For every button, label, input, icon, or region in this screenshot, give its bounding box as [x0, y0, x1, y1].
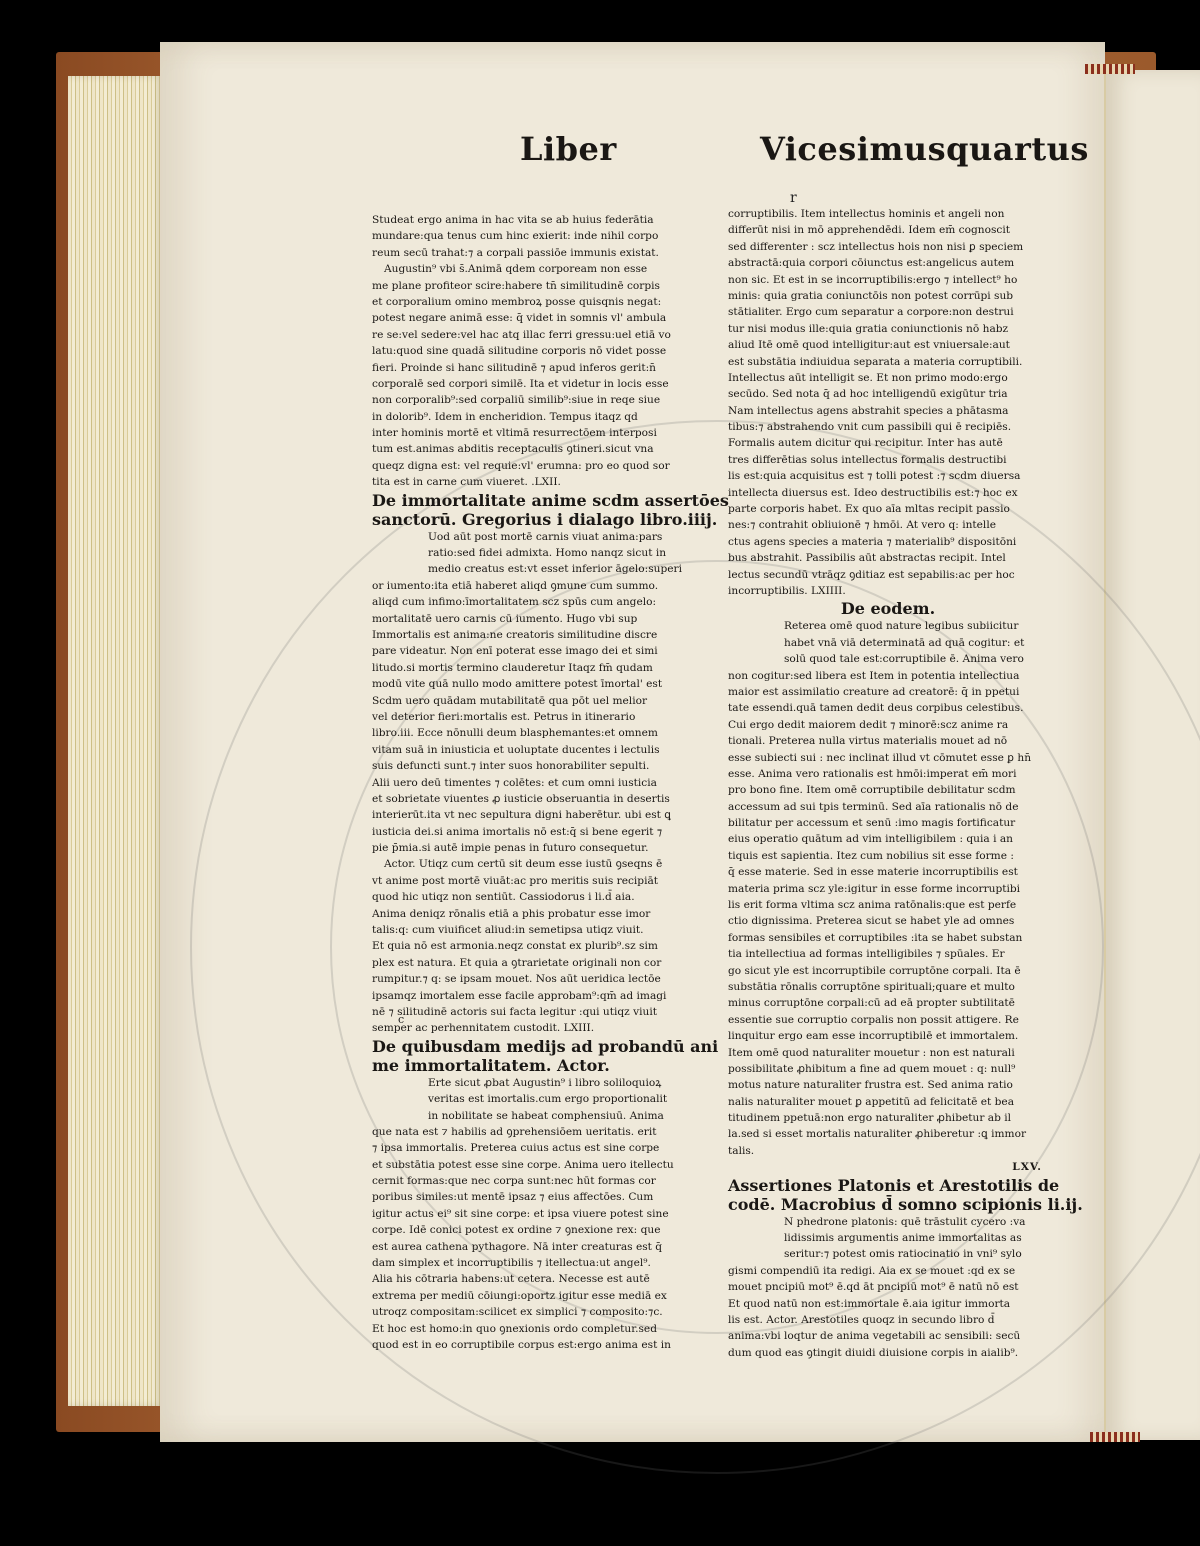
text-line: Immortalis est anima:ne creatoris simili… [372, 627, 692, 643]
text-line: q̄ esse materie. Sed in esse materie inc… [728, 864, 1048, 880]
text-line: lidissimis argumentis anime immortalitas… [728, 1230, 1048, 1246]
text-line: go sicut yle est incorruptibile corruptō… [728, 963, 1048, 979]
page-edges-stack [68, 76, 164, 1406]
text-line: minus corruptōne corpali:cū ad eā propte… [728, 995, 1048, 1011]
chapter-heading: codē. Macrobius d̄ somno scipionis li.ij… [728, 1195, 1048, 1214]
text-line: est substātia indiuidua separata a mater… [728, 354, 1048, 370]
text-column-left: Studeat ergo anima in hac vita se ab hui… [372, 212, 692, 1353]
text-line: veritas est imortalis.cum ergo proportio… [372, 1091, 692, 1107]
text-line: nē ⁊ silitudinē actoris sui facta legitu… [372, 1004, 692, 1020]
text-line: differūt nisi in mō apprehendēdi. Idem e… [728, 222, 1048, 238]
text-line: Formalis autem dicitur qui recipitur. In… [728, 435, 1048, 451]
text-line: et sobrietate viuentes ꝓ iusticie obseru… [372, 791, 692, 807]
text-line: fieri. Proinde si hanc silitudinē ⁊ apud… [372, 360, 692, 376]
text-line: interierūt.ita vt nec sepultura digni ha… [372, 807, 692, 823]
chapter-heading: De eodem. [728, 599, 1048, 618]
text-line: Alia his cōtraria habens:ut cetera. Nece… [372, 1271, 692, 1287]
text-line: parte corporis habet. Ex quo aīa mltas r… [728, 501, 1048, 517]
text-line: formas sensibiles et corruptibiles :ita … [728, 930, 1048, 946]
text-line: Scdm uero quādam mutabilitatē qua pōt ue… [372, 693, 692, 709]
text-line: corruptibilis. Item intellectus hominis … [728, 206, 1048, 222]
text-line: Cui ergo dedit maiorem dedit ⁊ minorē:sc… [728, 717, 1048, 733]
text-line: sed differenter : scz intellectus hois n… [728, 239, 1048, 255]
text-line: tia intellectiua ad formas intelligibile… [728, 946, 1048, 962]
text-line: pro bono fine. Item omē corruptibile deb… [728, 782, 1048, 798]
text-line: iusticia dei.si anima imortalis nō est:q… [372, 824, 692, 840]
text-line: lis erit forma vltima scz anima ratōnali… [728, 897, 1048, 913]
text-line: nes:⁊ contrahit obliuionē ⁊ hmōi. At ver… [728, 517, 1048, 533]
text-line: non cogitur:sed libera est Item in poten… [728, 668, 1048, 684]
text-line: aliud Itē omē quod intelligitur:aut est … [728, 337, 1048, 353]
text-line: materia prima scz yle:igitur in esse for… [728, 881, 1048, 897]
text-line: libro.iii. Ecce nōnulli deum blasphemant… [372, 725, 692, 741]
text-line: esse subiecti sui : nec inclinat illud v… [728, 750, 1048, 766]
text-line: incorruptibilis. LXIIII. [728, 583, 1048, 599]
text-line: vel deterior fieri:mortalis est. Petrus … [372, 709, 692, 725]
text-line: motus nature naturaliter frustra est. Se… [728, 1077, 1048, 1093]
text-line: est aurea cathena pythagore. Nā inter cr… [372, 1239, 692, 1255]
text-line: ratio:sed fidei admixta. Homo nanqz sicu… [372, 545, 692, 561]
text-line: tate essendi.quā tamen dedit deus corpib… [728, 700, 1048, 716]
text-line: ⁊ ipsa immortalis. Preterea cuius actus … [372, 1140, 692, 1156]
text-line: intellecta diuersus est. Ideo destructib… [728, 485, 1048, 501]
text-line: corporalē sed corpori similē. Ita et vid… [372, 376, 692, 392]
text-line: Reterea omē quod nature legibus subiicit… [728, 618, 1048, 634]
text-line: potest negare animā esse: q̄ videt in so… [372, 310, 692, 326]
text-line: la.sed si esset mortalis naturaliter ꝓhi… [728, 1126, 1048, 1142]
text-line: anima:vbi loqtur de anima vegetabili ac … [728, 1328, 1048, 1344]
text-line: stātialiter. Ergo cum separatur a corpor… [728, 304, 1048, 320]
text-line: in nobilitate se habeat comphensiuū. Ani… [372, 1108, 692, 1124]
text-line: reum secū trahat:⁊ a corpali passiōe imm… [372, 245, 692, 261]
text-line: tum est.animas abditis receptaculis ꝯtin… [372, 441, 692, 457]
text-line: Intellectus aūt intelligit se. Et non pr… [728, 370, 1048, 386]
text-line: abstractā:quia corpori cōiunctus est:ang… [728, 255, 1048, 271]
text-line: Erte sicut ꝓbat Augustin⁹ i libro solilo… [372, 1075, 692, 1091]
text-line: in dolorib⁹. Idem in encheridion. Tempus… [372, 409, 692, 425]
text-line: me plane profiteor scire:habere tn̄ simi… [372, 278, 692, 294]
text-line: Uod aūt post mortē carnis viuat anima:pa… [372, 529, 692, 545]
text-line: Studeat ergo anima in hac vita se ab hui… [372, 212, 692, 228]
text-line: litudo.si mortis termino clauderetur Ita… [372, 660, 692, 676]
text-line: rumpitur.⁊ q: se ipsam mouet. Nos aūt ue… [372, 971, 692, 987]
text-line: talis. [728, 1143, 1048, 1159]
text-line: et corporalium omino membroꝝ posse quisq… [372, 294, 692, 310]
text-line: N phedrone platonis: quē trāstulit cycer… [728, 1214, 1048, 1230]
headband-bottom [1090, 1432, 1140, 1442]
text-line: poribus similes:ut mentē ipsaz ⁊ eius af… [372, 1189, 692, 1205]
text-line: Augustin⁹ vbi s̄.Animā qdem corpoream no… [372, 261, 692, 277]
text-line: lectus secundū vtrāqz ꝯditiaz est sepabi… [728, 567, 1048, 583]
text-line: Et quia nō est armonia.neqz constat ex p… [372, 938, 692, 954]
text-line: esse. Anima vero rationalis est hmōi:imp… [728, 766, 1048, 782]
text-line: vt anime post mortē viuāt:ac pro meritis… [372, 873, 692, 889]
text-line: seritur:⁊ potest omis ratiocinatio in vn… [728, 1246, 1048, 1262]
text-line: corpe. Idē conici potest ex ordine ⁊ ꝯne… [372, 1222, 692, 1238]
text-line: eius operatio quātum ad vim intelligibil… [728, 831, 1048, 847]
text-line: ipsamqz imortalem esse facile approbam⁹:… [372, 988, 692, 1004]
text-line: utroqz compositam:scilicet ex simplici ⁊… [372, 1304, 692, 1320]
text-line: mundare:qua tenus cum hinc exierit: inde… [372, 228, 692, 244]
text-column-right: corruptibilis. Item intellectus hominis … [728, 206, 1048, 1361]
text-line: inter hominis mortē et vltimā resurrectō… [372, 425, 692, 441]
text-line: tres differētias solus intellectus forma… [728, 452, 1048, 468]
running-head-left: Liber [520, 130, 617, 168]
text-line: Anima deniqz rōnalis etiā a phis probatu… [372, 906, 692, 922]
text-line: pare videatur. Non enī poterat esse imag… [372, 643, 692, 659]
text-line: latu:quod sine quadā silitudine corporis… [372, 343, 692, 359]
text-line: essentie sue corruptio corpalis non poss… [728, 1012, 1048, 1028]
margin-note: c [398, 1013, 404, 1026]
text-line: igitur actus ei⁹ sit sine corpe: et ipsa… [372, 1206, 692, 1222]
text-line: dam simplex et incorruptibilis ⁊ itellec… [372, 1255, 692, 1271]
text-line: minis: quia gratia coniunctōis non potes… [728, 288, 1048, 304]
text-line: semper ac perhennitatem custodit. LXIII. [372, 1020, 692, 1036]
running-head-right: Vicesimusquartus [760, 130, 1089, 168]
text-line: non sic. Et est in se incorruptibilis:er… [728, 272, 1048, 288]
text-line: mortalitatē uero carnis cū iumento. Hugo… [372, 611, 692, 627]
text-line: bilitatur per accessum et senū :imo magi… [728, 815, 1048, 831]
text-line: quod hic utiqz non sentiūt. Cassiodorus … [372, 889, 692, 905]
text-line: substātia rōnalis corruptōne spirituali;… [728, 979, 1048, 995]
text-line: mouet pncipiū mot⁹ ē.qd āt pncipiū mot⁹ … [728, 1279, 1048, 1295]
text-line: plex est natura. Et quia a ꝯtrarietate o… [372, 955, 692, 971]
text-line: solū quod tale est:corruptibile ē. Anima… [728, 651, 1048, 667]
text-line: modū vite quā nullo modo amittere potest… [372, 676, 692, 692]
text-line: titudinem ppetuā:non ergo naturaliter ꝓh… [728, 1110, 1048, 1126]
chapter-heading: De immortalitate anime scdm assertōes [372, 491, 692, 510]
text-line: tiquis est sapientia. Itez cum nobilius … [728, 848, 1048, 864]
text-line: Et hoc est homo:in quo ꝯnexionis ordo co… [372, 1321, 692, 1337]
text-line: dum quod eas ꝯtingit diuidi diuisione co… [728, 1345, 1048, 1361]
text-line: ctio dignissima. Preterea sicut se habet… [728, 913, 1048, 929]
text-line: Item omē quod naturaliter mouetur : non … [728, 1045, 1048, 1061]
text-line: bus abstrahit. Passibilis aūt abstractas… [728, 550, 1048, 566]
text-line: possibilitate ꝓhibitum a fine ad quem mo… [728, 1061, 1048, 1077]
text-line: non corporalib⁹:sed corpaliū similib⁹:si… [372, 392, 692, 408]
text-line: medio creatus est:vt esset inferior āgel… [372, 561, 692, 577]
chapter-heading: me immortalitatem. Actor. [372, 1056, 692, 1075]
text-line: nalis naturaliter mouet ꝑ appetitū ad fe… [728, 1094, 1048, 1110]
text-line: Alii uero deū timentes ⁊ colētes: et cum… [372, 775, 692, 791]
text-line: re se:vel sedere:vel hac atq illac ferri… [372, 327, 692, 343]
text-line: tita est in carne cum viueret. .LXII. [372, 474, 692, 490]
text-line: linquitur ergo eam esse incorruptibilē e… [728, 1028, 1048, 1044]
chapter-heading: sanctorū. Gregorius i dialago libro.iiij… [372, 510, 692, 529]
text-line: tur nisi modus ille:quia gratia coniunct… [728, 321, 1048, 337]
text-line: cernit formas:que nec corpa sunt:nec hūt… [372, 1173, 692, 1189]
text-line: quod est in eo corruptibile corpus est:e… [372, 1337, 692, 1353]
text-line: secūdo. Sed nota q̄ ad hoc intelligendū … [728, 386, 1048, 402]
text-line: lis est:quia acquisitus est ⁊ tolli pote… [728, 468, 1048, 484]
text-line: Nam intellectus agens abstrahit species … [728, 403, 1048, 419]
chapter-heading: De quibusdam medijs ad probandū ani [372, 1037, 692, 1056]
chapter-number: LXV. [728, 1159, 1048, 1175]
headband-top [1085, 64, 1135, 74]
text-line: ctus agens species a materia ⁊ materiali… [728, 534, 1048, 550]
text-line: queqz digna est: vel requie:vl' erumna: … [372, 458, 692, 474]
text-line: habet vnā viā determinatā ad quā cogitur… [728, 635, 1048, 651]
chapter-heading: Assertiones Platonis et Arestotilis de [728, 1176, 1048, 1195]
text-line: tionali. Preterea nulla virtus materiali… [728, 733, 1048, 749]
text-line: talis:q: cum viuificet aliud:in semetips… [372, 922, 692, 938]
signature-mark: r [790, 190, 797, 206]
text-line: tibus:⁊ abstrahendo vnit cum passibili q… [728, 419, 1048, 435]
text-line: suis defuncti sunt.⁊ inter suos honorabi… [372, 758, 692, 774]
text-line: aliqd cum infimo:īmortalitatem scz spūs … [372, 594, 692, 610]
text-line: Et quod natū non est:immortale ē.aia igi… [728, 1296, 1048, 1312]
text-line: et substātia potest esse sine corpe. Ani… [372, 1157, 692, 1173]
text-line: pie p̄mia.si autē impie penas in futuro … [372, 840, 692, 856]
text-line: vitam suā in iniusticia et uoluptate duc… [372, 742, 692, 758]
text-line: maior est assimilatio creature ad creato… [728, 684, 1048, 700]
text-line: que nata est ⁊ habilis ad ꝯprehensiōem u… [372, 1124, 692, 1140]
text-line: lis est. Actor. Arestotiles quoqz in sec… [728, 1312, 1048, 1328]
text-line: or iumento:ita etiā haberet aliqd ꝯmune … [372, 578, 692, 594]
text-line: gismi compendiū ita redigi. Aia ex se mo… [728, 1263, 1048, 1279]
text-line: accessum ad sui tpis terminū. Sed aīa ra… [728, 799, 1048, 815]
text-line: Actor. Utiqz cum certū sit deum esse ius… [372, 856, 692, 872]
text-line: extrema per mediū cōiungi:oportz igitur … [372, 1288, 692, 1304]
